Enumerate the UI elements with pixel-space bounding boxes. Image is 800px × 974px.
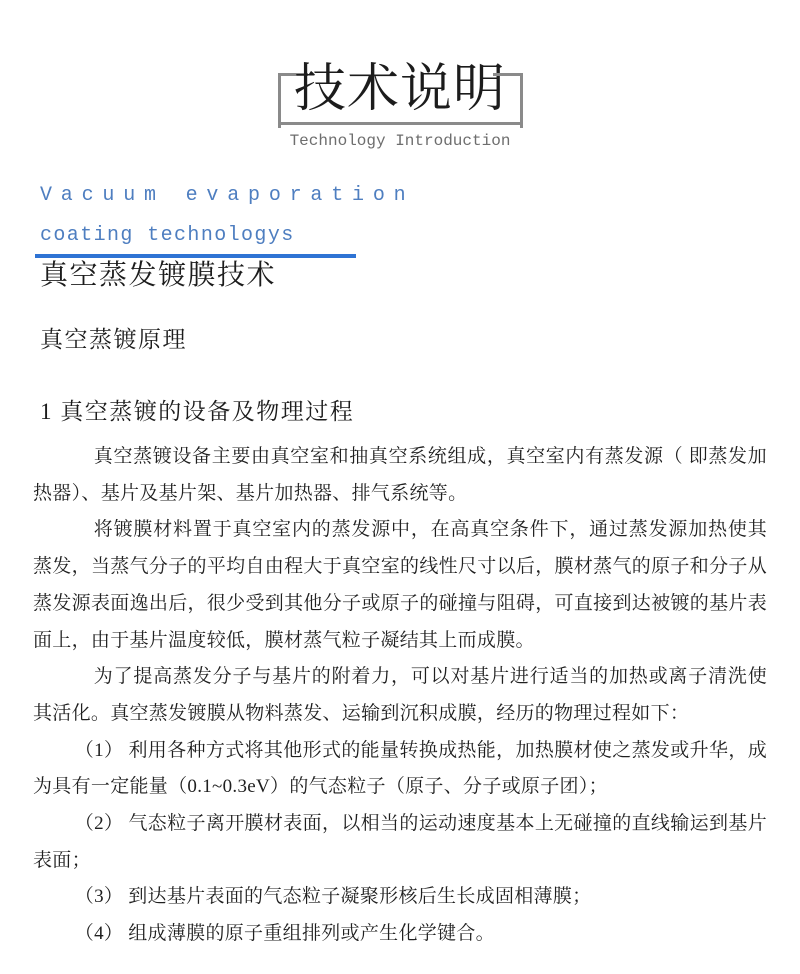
list-item-1: （1） 利用各种方式将其他形式的能量转换成热能，加热膜材使之蒸发或升华，成为具有… [33,733,767,806]
list-item-4: （4） 组成薄膜的原子重组排列或产生化学键合。 [33,916,767,953]
heading-english-line1: Vacuum evaporation [40,185,800,206]
list-item-2: （2） 气态粒子离开膜材表面，以相当的运动速度基本上无碰撞的直线输运到基片表面； [33,806,767,879]
section-heading: Vacuum evaporation coating technologys 真… [40,185,800,291]
subheading-vacuum-principle: 真空蒸镀原理 [40,328,800,352]
page-title: 技术说明 [294,64,506,116]
paragraph-equipment: 真空蒸镀设备主要由真空室和抽真空系统组成，真空室内有蒸发源（ 即蒸发加热器）、基… [33,439,767,512]
article-body: 真空蒸镀设备主要由真空室和抽真空系统组成，真空室内有蒸发源（ 即蒸发加热器）、基… [33,439,767,953]
title-bracket-frame: 技术说明 [278,73,523,125]
page-subtitle: Technology Introduction [0,132,800,151]
page-header: 技术说明 Technology Introduction [0,0,800,151]
heading-underline-rule [35,254,356,258]
paragraph-adhesion: 为了提高蒸发分子与基片的附着力，可以对基片进行适当的加热或离子清洗使其活化。真空… [33,659,767,732]
list-item-3: （3） 到达基片表面的气态粒子凝聚形核后生长成固相薄膜； [33,879,767,916]
paragraph-evaporation: 将镀膜材料置于真空室内的蒸发源中，在高真空条件下，通过蒸发源加热使其蒸发，当蒸气… [33,512,767,659]
heading-english-line2: coating technologys [40,225,800,246]
subheading-equipment-process: 1 真空蒸镀的设备及物理过程 [40,400,800,424]
heading-chinese-title: 真空蒸发镀膜技术 [40,260,800,291]
